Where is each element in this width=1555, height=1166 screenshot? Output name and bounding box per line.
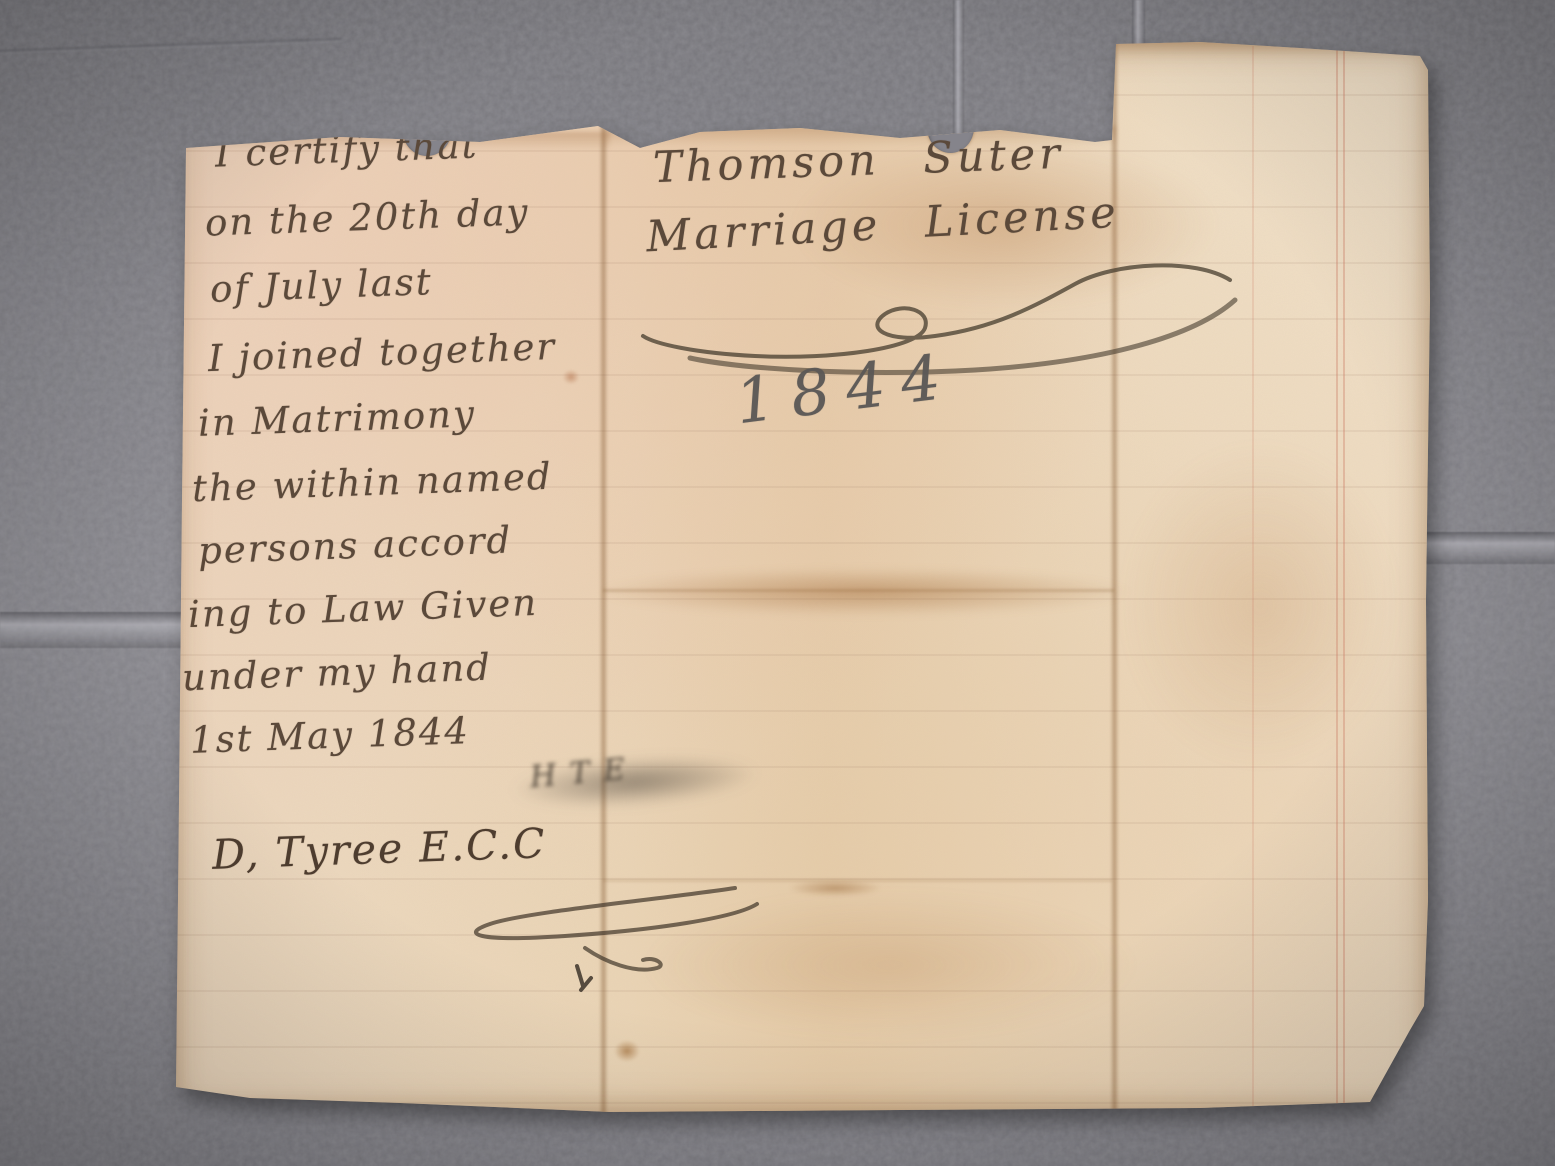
paper-texture bbox=[170, 40, 1432, 1115]
background-seam-horizontal-left bbox=[0, 612, 182, 648]
background-seam-horizontal-right bbox=[1418, 532, 1555, 564]
photo-scene: I certify that on the 20th day of July l… bbox=[0, 0, 1555, 1166]
document-paper: I certify that on the 20th day of July l… bbox=[170, 40, 1432, 1115]
document-wrap: I certify that on the 20th day of July l… bbox=[170, 40, 1432, 1115]
